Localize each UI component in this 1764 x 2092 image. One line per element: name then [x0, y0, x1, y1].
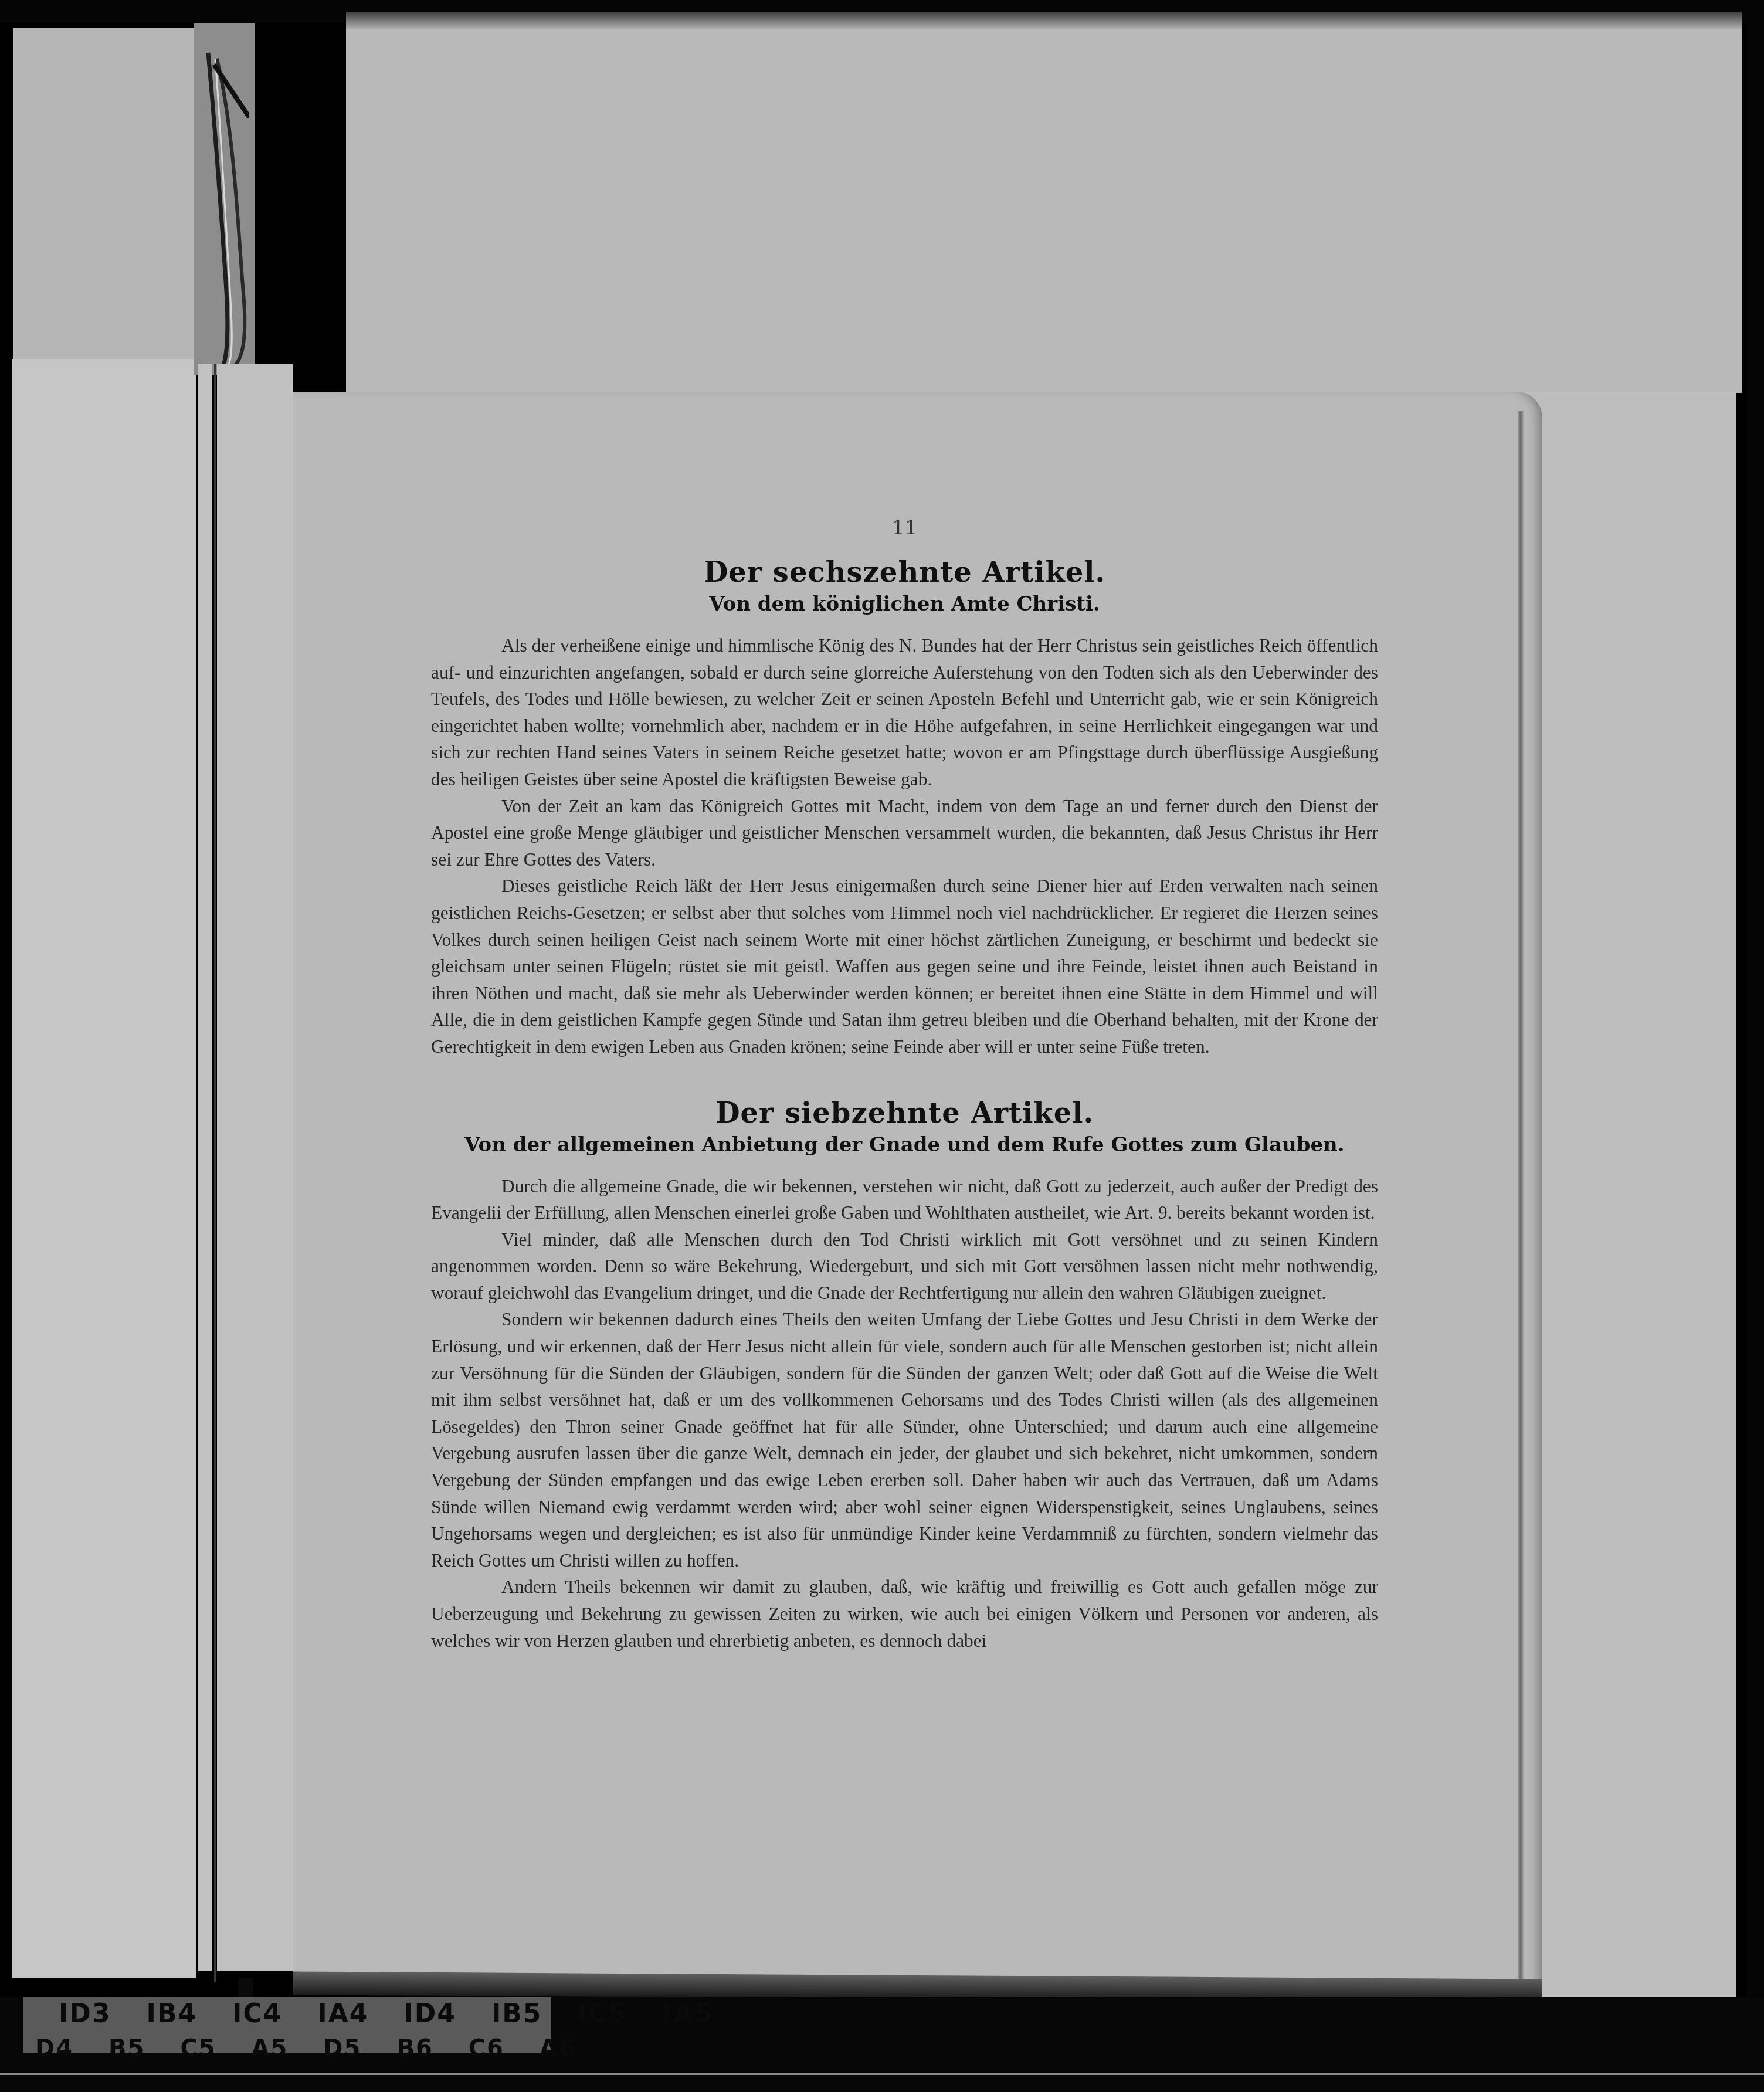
frame-code: ID3 [59, 1999, 111, 2029]
frame-code: C6 [469, 2035, 504, 2062]
frame-code: IB5 [491, 1999, 542, 2029]
underlying-page [1525, 392, 1736, 1999]
article-subtitle: Von der allgemeinen Anbietung der Gnade … [431, 1133, 1378, 1157]
page-curl-edge [1518, 411, 1524, 1994]
film-frame-codes-row2: D4B5C5A5D5B6C6A6 [35, 2035, 612, 2062]
article-subtitle: Von dem königlichen Amte Christi. [431, 592, 1378, 616]
left-sheet-lower [12, 359, 196, 1978]
spine-margin [217, 364, 293, 1971]
paragraph: Von der Zeit an kam das Königreich Gotte… [431, 793, 1378, 873]
paragraph: Viel minder, daß alle Menschen durch den… [431, 1226, 1378, 1307]
article-title: Der sechszehnte Artikel. [431, 556, 1378, 589]
page-content: 11 Der sechszehnte Artikel. Von dem köni… [431, 516, 1378, 1654]
paragraph: Durch die allgemeine Gnade, die wir beke… [431, 1173, 1378, 1226]
frame-code: IC4 [232, 1999, 282, 2029]
frame-code: B6 [396, 2035, 433, 2062]
film-border-right [1746, 0, 1764, 2092]
spine-line [214, 364, 216, 1982]
frame-code: IA5 [663, 1999, 714, 2029]
paragraph: Als der verheißene einige und himmlische… [431, 632, 1378, 793]
frame-code: ID4 [403, 1999, 456, 2029]
frame-code: D4 [35, 2035, 73, 2062]
paragraph: Dieses geistliche Reich läßt der Herr Je… [431, 873, 1378, 1060]
film-scratch [0, 2073, 1764, 2075]
background-sheet-edge [346, 12, 1742, 29]
binding-thread [202, 47, 249, 375]
frame-code: B5 [108, 2035, 145, 2062]
page-number: 11 [431, 516, 1378, 540]
spine-foot [238, 1978, 253, 1999]
paragraph: Andern Theils bekennen wir damit zu glau… [431, 1574, 1378, 1654]
frame-code: IC5 [577, 1999, 627, 2029]
frame-code: D5 [323, 2035, 361, 2062]
frame-code: A6 [540, 2035, 576, 2062]
article-title: Der siebzehnte Artikel. [431, 1097, 1378, 1130]
frame-code: IA4 [317, 1999, 368, 2029]
frame-code: IB4 [147, 1999, 198, 2029]
film-frame-codes-row1: ID3IB4IC4IA4ID4IB5IC5IA5 [59, 1999, 749, 2029]
article-17: Der siebzehnte Artikel. Von der allgemei… [431, 1097, 1378, 1654]
article-16: Der sechszehnte Artikel. Von dem königli… [431, 556, 1378, 1060]
left-sheet-upper [13, 28, 199, 362]
spine-edge [198, 364, 212, 1971]
frame-code: A5 [252, 2035, 289, 2062]
frame-code: C5 [180, 2035, 216, 2062]
background-sheet [346, 12, 1742, 393]
paragraph: Sondern wir bekennen dadurch eines Theil… [431, 1306, 1378, 1574]
